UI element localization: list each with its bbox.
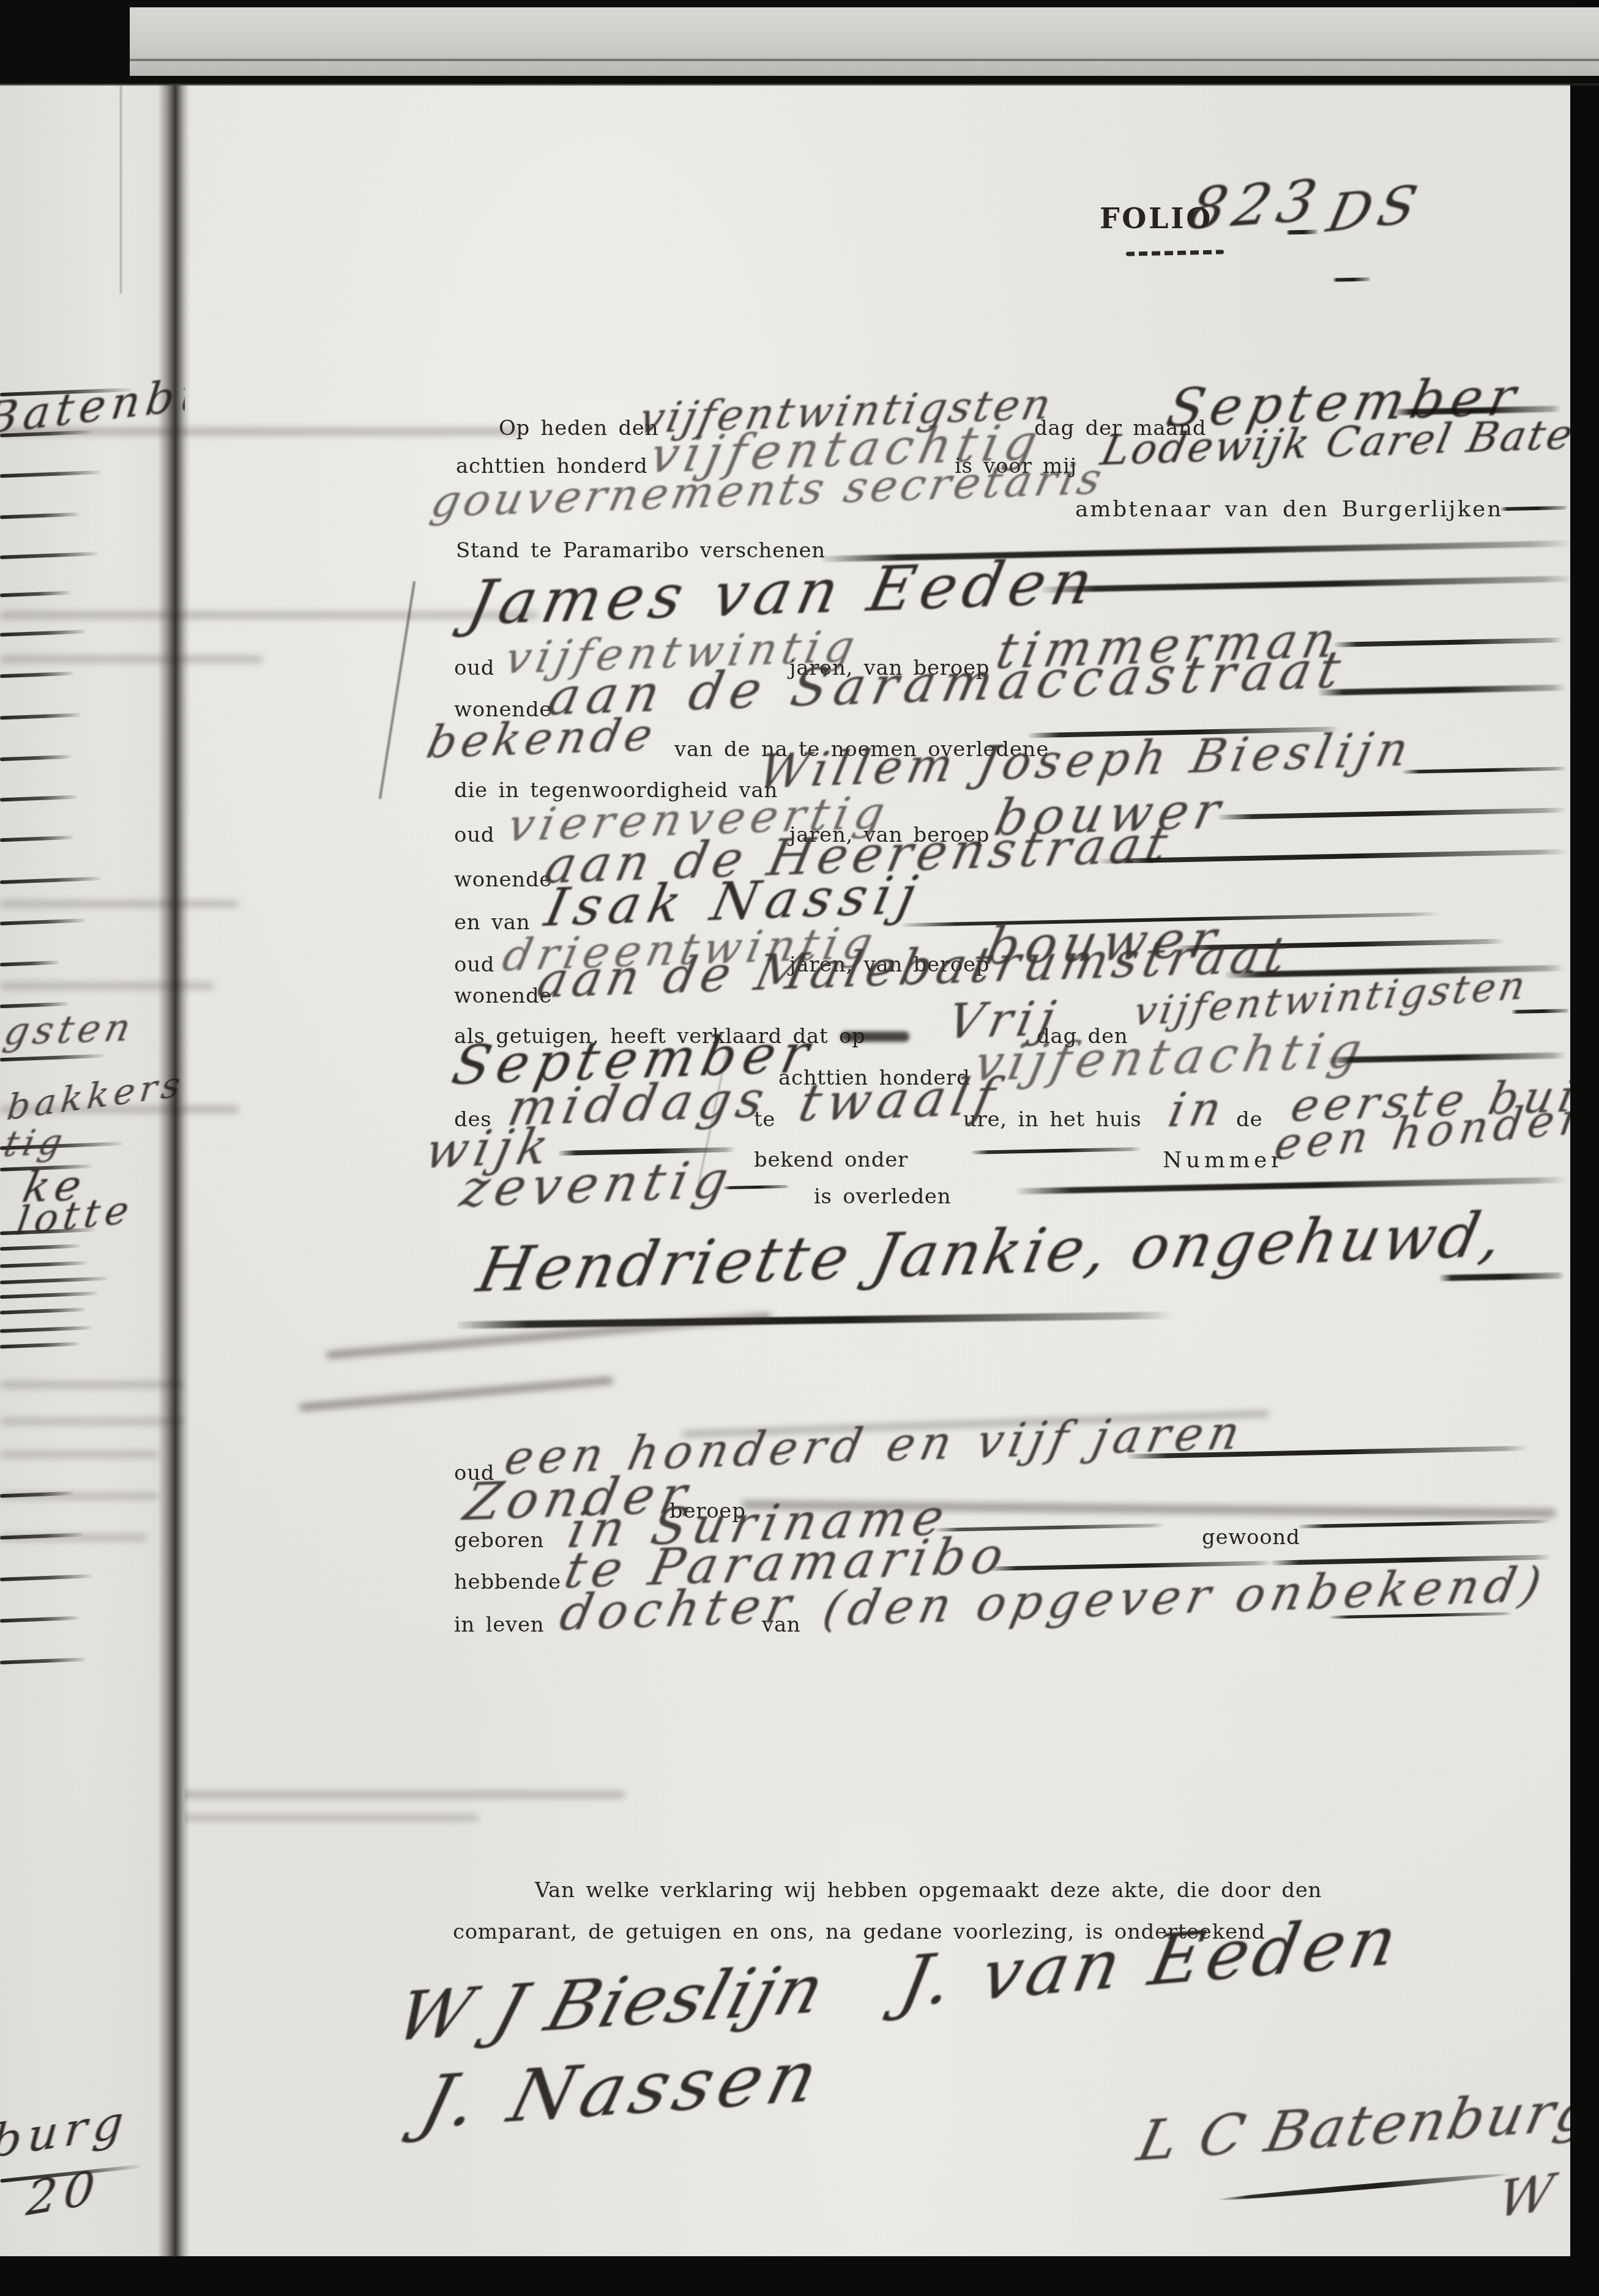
printed-ambtenaar: ambtenaar van den Burgerlijken	[1075, 497, 1503, 522]
printed-hebbende: hebbende	[454, 1570, 561, 1594]
registry-scan-photo: Batenburg gsten bakkers tig ke lotte	[0, 0, 1599, 2296]
folio-mark: DS	[1322, 174, 1429, 245]
hw-bekende: bekende	[422, 708, 662, 768]
printed-bekend-onder: bekend onder	[754, 1148, 908, 1172]
printed-gewoond: gewoond	[1202, 1525, 1300, 1550]
left-page-fragment-paraph: 20	[24, 2160, 103, 2227]
left-page-fragment-burg: burg	[0, 2094, 132, 2169]
hw-in: in	[1164, 1081, 1232, 1137]
printed-geboren: geboren	[454, 1528, 544, 1553]
printed-oud-2: oud	[454, 823, 494, 847]
left-page-fragment-gsten: gsten	[0, 1005, 140, 1054]
printed-op-heden-den: Op heden den	[499, 416, 658, 440]
page-top-edge	[130, 7, 1599, 76]
page-top-edge-shadow	[130, 59, 1599, 61]
printed-closing-1: Van welke verklaring wij hebben opgemaak…	[535, 1878, 1322, 1903]
printed-nummer: Nummer	[1163, 1148, 1285, 1173]
hw-deceased-name: Hendriette Jankie, ongehuwd,	[471, 1199, 1512, 1306]
printed-oud-3: oud	[454, 953, 494, 977]
death-record-page: FOLIO 823 DS Op heden den vijfentwintigs…	[185, 84, 1570, 2257]
left-page-fragment-tig: tig	[0, 1121, 70, 1165]
hw-hour: twaalf	[794, 1066, 1007, 1133]
hw-dochter: dochter	[555, 1577, 802, 1641]
previous-page-edge: Batenburg gsten bakkers tig ke lotte	[0, 84, 185, 2257]
book-binding	[158, 84, 190, 2262]
printed-oud-1: oud	[454, 656, 494, 680]
signature-official: L C Batenburg	[1132, 2077, 1570, 2174]
photo-bottom-border	[0, 2256, 1599, 2296]
paper-crease	[120, 86, 122, 294]
hw-house-number-2: zeventig	[455, 1150, 740, 1219]
signature-declarant: J. van Eeden	[893, 1899, 1408, 2023]
page-edge-line	[0, 83, 1599, 86]
photo-right-border	[1570, 0, 1599, 2296]
official-paraph: W	[1494, 2162, 1564, 2229]
printed-wonende-2: wonende	[454, 868, 552, 892]
printed-de: de	[1236, 1107, 1262, 1132]
printed-in-leven: in leven	[454, 1613, 544, 1637]
printed-is-overleden: is overleden	[814, 1184, 951, 1209]
